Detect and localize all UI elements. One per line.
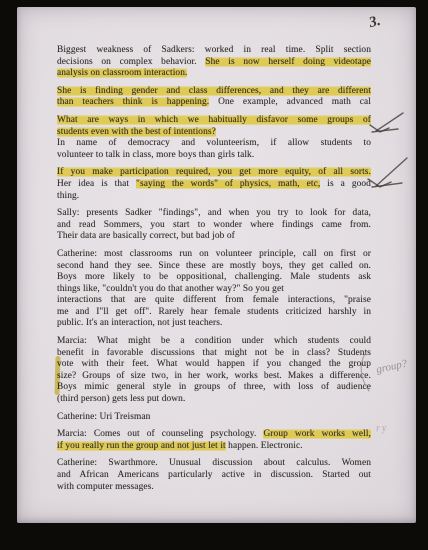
text-line: Marcia: What might be a condition under … (57, 336, 371, 348)
text-line: decisions on complex behavior. She is no… (57, 57, 371, 69)
highlighted-text: "saying the words" of physics, math, etc… (136, 179, 320, 189)
text-segment: Her idea is that (57, 179, 136, 189)
text-line: volunteer to talk in class, more boys th… (57, 150, 371, 162)
text-segment: public. It's an interaction, not just te… (57, 318, 222, 328)
text-line: In name of democracy and volunteerism, i… (57, 138, 371, 150)
text-segment: Biggest weakness of Sadkers: worked in r… (57, 45, 371, 55)
paragraph: She is finding gender and class differen… (57, 86, 371, 109)
text-line: things like, "couldn't you do that anoth… (57, 284, 371, 296)
text-segment: Boys more likely to be oppositional, cha… (57, 272, 371, 282)
text-segment: happen. Electronic. (226, 441, 303, 451)
text-segment: (third person) gets less put down. (57, 394, 185, 404)
text-line: What are ways in which we habitually dis… (57, 115, 371, 127)
text-segment: second hand they see. Since these are mo… (57, 261, 371, 271)
text-segment: and African Americans particularly activ… (57, 470, 371, 480)
text-segment: thing. (57, 191, 79, 201)
text-line: She is finding gender and class differen… (57, 86, 371, 98)
highlighted-text: She is finding gender and class differen… (57, 86, 371, 96)
paragraph: Catherine: most classrooms run on volunt… (57, 249, 371, 330)
text-segment: decisions on complex behavior. (57, 57, 205, 67)
text-segment: Boys mimic general style in groups of th… (57, 382, 371, 392)
text-line: Catherine: Swarthmore. Unusual discussio… (57, 458, 371, 470)
text-segment: is a good (320, 179, 371, 189)
text-line: analysis on classroom interaction. (57, 68, 371, 80)
pencil-check-arrow-icon (365, 156, 411, 192)
text-segment: volunteer to talk in class, more boys th… (57, 150, 254, 160)
highlighted-text: if you really run the group and not just… (57, 441, 226, 451)
paragraph: What are ways in which we habitually dis… (57, 115, 371, 161)
text-line: Boys more likely to be oppositional, cha… (57, 272, 371, 284)
margin-note-group: group? (355, 347, 425, 395)
text-line: Catherine: Uri Treisman (57, 412, 371, 424)
text-line: if you really run the group and not just… (57, 441, 371, 453)
paragraph: If you make participation required, you … (57, 167, 371, 202)
text-segment: Sally: presents Sadker "findings", and w… (57, 208, 371, 218)
margin-note-text: group? (375, 358, 409, 376)
text-segment: with computer messages. (57, 482, 154, 492)
paragraph: Marcia: What might be a condition under … (57, 336, 371, 406)
text-line: me and I"ll get off". Rarely hear female… (57, 307, 371, 319)
paragraph: Catherine: Uri Treisman (57, 412, 371, 424)
text-segment: vote with their feet. What would happen … (57, 359, 371, 369)
text-line: than teachers think is happening. One ex… (57, 97, 371, 109)
text-segment: One example, advanced math cal (209, 97, 371, 107)
text-segment: Catherine: Swarthmore. Unusual discussio… (57, 458, 371, 468)
text-segment: Catherine: most classrooms run on volunt… (57, 249, 371, 259)
pencil-paren-mark (361, 351, 369, 391)
text-line: Boys mimic general style in groups of th… (57, 382, 371, 394)
text-segment: Their data are basically correct, but ba… (57, 231, 235, 241)
highlighted-text: Group work works well, (263, 429, 371, 439)
text-line: thing. (57, 191, 371, 203)
text-segment: benefit in favorable discussions that mi… (57, 348, 371, 358)
text-line: Catherine: most classrooms run on volunt… (57, 249, 371, 261)
text-line: vote with their feet. What would happen … (57, 359, 371, 371)
text-line: size? Groups of size two, in her work, w… (57, 371, 371, 383)
text-line: (third person) gets less put down. (57, 394, 371, 406)
paragraph: Biggest weakness of Sadkers: worked in r… (57, 45, 371, 80)
vertical-highlight-mark (54, 356, 60, 395)
text-line: Marcia: Comes out of counseling psycholo… (57, 429, 371, 441)
text-segment: me and I"ll get off". Rarely hear female… (57, 307, 371, 317)
text-segment: In name of democracy and volunteerism, i… (57, 138, 371, 148)
highlighted-text: than teachers think is happening. (57, 97, 209, 107)
document-text: Biggest weakness of Sadkers: worked in r… (57, 45, 371, 499)
text-line: second hand they see. Since these are mo… (57, 261, 371, 273)
text-line: Sally: presents Sadker "findings", and w… (57, 208, 371, 220)
scanned-document-page: 3. Biggest weakness of Sadkers: worked i… (17, 7, 416, 523)
text-line: If you make participation required, you … (57, 167, 371, 179)
highlighted-text: students even with the best of intention… (57, 127, 216, 137)
text-line: Biggest weakness of Sadkers: worked in r… (57, 45, 371, 57)
text-line: interactions that are quite different fr… (57, 295, 371, 307)
text-line: public. It's an interaction, not just te… (57, 318, 371, 330)
text-line: and read Sommers, you start to wonder wh… (57, 220, 371, 232)
highlighted-text: analysis on classroom interaction. (57, 68, 187, 78)
paragraph: Marcia: Comes out of counseling psycholo… (57, 429, 371, 452)
text-segment: and read Sommers, you start to wonder wh… (57, 220, 371, 230)
paragraph: Sally: presents Sadker "findings", and w… (57, 208, 371, 243)
text-segment: interactions that are quite different fr… (57, 295, 371, 305)
text-segment: Marcia: What might be a condition under … (57, 336, 371, 346)
text-line: Her idea is that "saying the words" of p… (57, 179, 371, 191)
pencil-check-arrow-icon (367, 111, 407, 137)
text-line: and African Americans particularly activ… (57, 470, 371, 482)
text-line: students even with the best of intention… (57, 127, 371, 139)
highlighted-text: What are ways in which we habitually dis… (57, 115, 371, 125)
faint-pencil-note: ry (376, 423, 389, 435)
text-line: with computer messages. (57, 482, 371, 494)
text-segment: Marcia: Comes out of counseling psycholo… (57, 429, 263, 439)
highlighted-text: If you make participation required, you … (57, 167, 371, 177)
paragraph: Catherine: Swarthmore. Unusual discussio… (57, 458, 371, 493)
text-line: Their data are basically correct, but ba… (57, 231, 371, 243)
text-line: benefit in favorable discussions that mi… (57, 348, 371, 360)
text-segment: things like, "couldn't you do that anoth… (57, 284, 284, 294)
text-segment: size? Groups of size two, in her work, w… (57, 371, 371, 381)
page-number-handwritten: 3. (367, 7, 406, 32)
highlighted-text: She is now herself doing videotape (205, 57, 371, 67)
text-segment: Catherine: Uri Treisman (57, 412, 150, 422)
